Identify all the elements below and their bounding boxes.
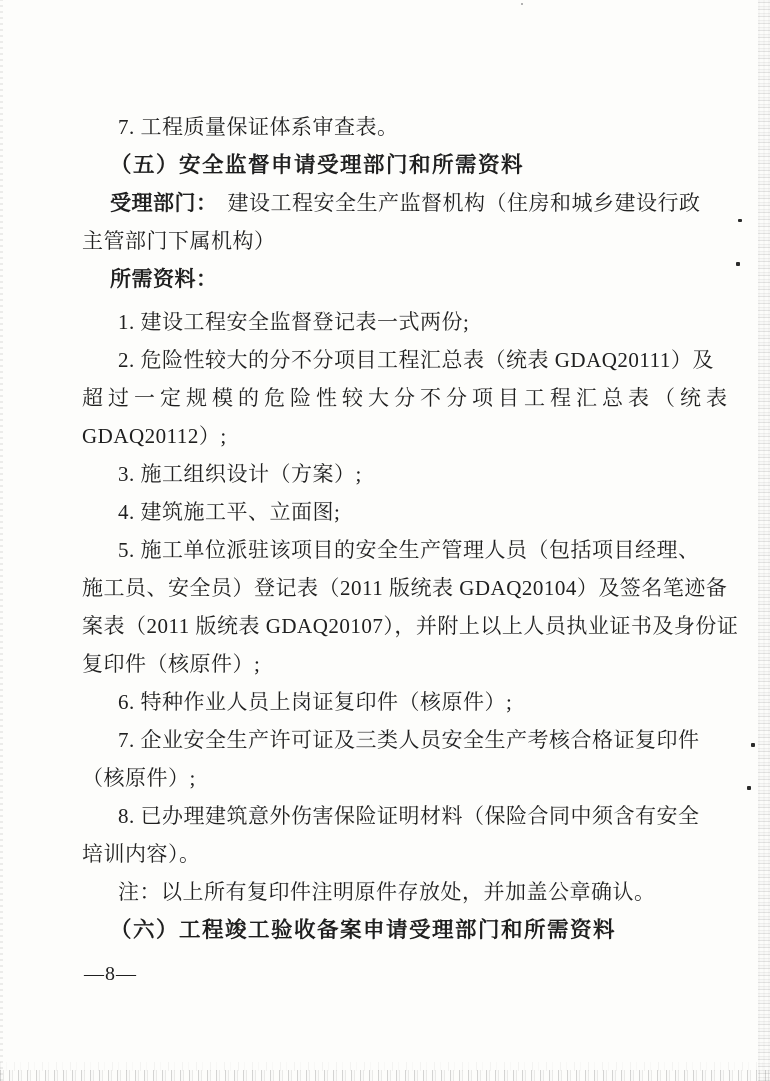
note-line: 注：以上所有复印件注明原件存放处，并加盖公章确认。 [82,873,704,911]
section-6-heading: （六）工程竣工验收备案申请受理部门和所需资料 [82,911,704,949]
scan-artifact-dot [736,262,740,266]
page-number: —8— [84,963,137,986]
required-item-7-line-2: （核原件）; [82,759,704,797]
required-item-2-line-3: GDAQ20112）; [82,417,704,455]
scan-edge-noise-left [0,0,3,1081]
required-item-4: 4. 建筑施工平、立面图; [82,493,704,531]
required-item-2-line-1: 2. 危险性较大的分不分项目工程汇总表（统表 GDAQ20111）及 [82,341,704,379]
required-item-8-line-1: 8. 已办理建筑意外伤害保险证明材料（保险合同中须含有安全 [82,797,704,835]
scan-edge-noise-right [758,0,770,1081]
scan-edge-noise-bottom [0,1070,770,1081]
scanned-document-page: 7. 工程质量保证体系审查表。 （五）安全监督申请受理部门和所需资料 受理部门：… [0,0,770,1081]
required-item-5-line-3: 案表（2011 版统表 GDAQ20107），并附上以上人员执业证书及身份证 [82,607,704,645]
accepting-department-value: 建设工程安全生产监督机构（住房和城乡建设行政 [228,191,701,215]
required-item-3: 3. 施工组织设计（方案）; [82,455,704,493]
accepting-department-label: 受理部门： [110,191,218,215]
required-item-7-line-1: 7. 企业安全生产许可证及三类人员安全生产考核合格证复印件 [82,721,704,759]
required-item-5-line-1: 5. 施工单位派驻该项目的安全生产管理人员（包括项目经理、 [82,531,704,569]
required-item-5-line-4: 复印件（核原件）; [82,645,704,683]
required-item-1: 1. 建设工程安全监督登记表一式两份; [82,303,704,341]
accepting-department-line-2: 主管部门下属机构） [82,222,704,260]
scan-artifact-dot [751,743,755,747]
required-item-5-line-2: 施工员、安全员）登记表（2011 版统表 GDAQ20104）及签名笔迹备 [82,569,704,607]
accepting-department-line-1: 受理部门：建设工程安全生产监督机构（住房和城乡建设行政 [82,184,704,222]
required-item-2-line-2: 超过一定规模的危险性较大分不分项目工程汇总表（统表 [82,379,704,417]
document-text-block: 7. 工程质量保证体系审查表。 （五）安全监督申请受理部门和所需资料 受理部门：… [82,108,704,949]
required-materials-label: 所需资料： [82,260,704,298]
prev-section-item-7: 7. 工程质量保证体系审查表。 [82,108,704,146]
scan-artifact-dot [521,3,523,5]
section-5-heading: （五）安全监督申请受理部门和所需资料 [82,146,704,184]
scan-artifact-dot [738,219,742,222]
required-item-6: 6. 特种作业人员上岗证复印件（核原件）; [82,683,704,721]
required-item-8-line-2: 培训内容）。 [82,835,704,873]
scan-artifact-dot [747,786,751,790]
